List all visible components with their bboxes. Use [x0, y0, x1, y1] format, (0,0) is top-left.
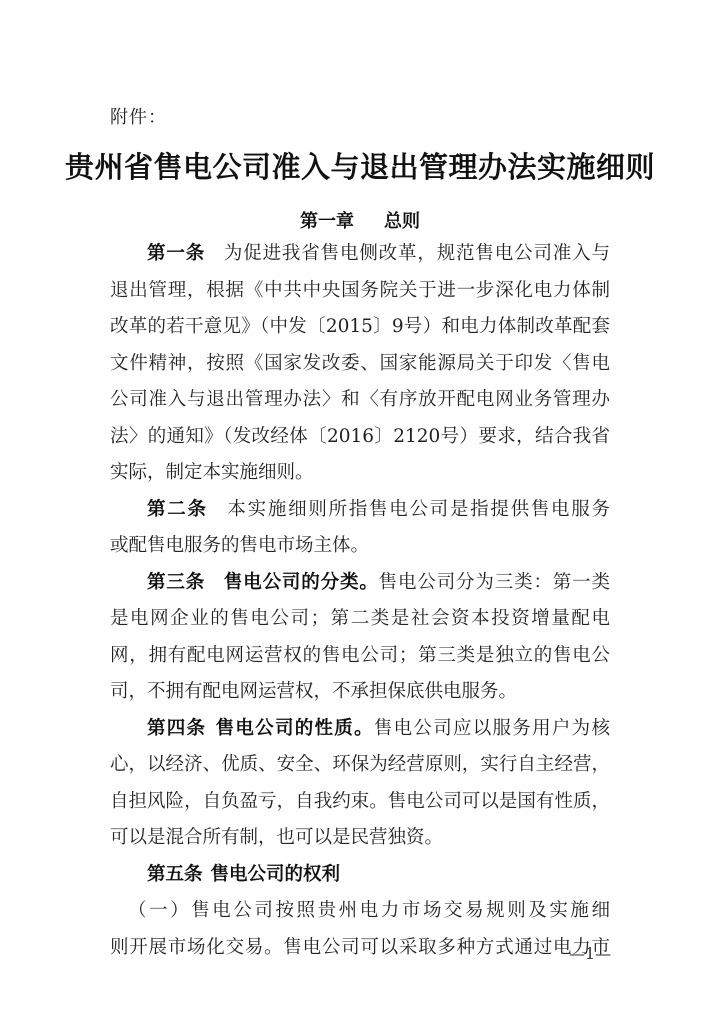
article-line: 第四条售电公司的性质。售电公司应以服务用户为核 — [110, 711, 610, 748]
article-text: 本实施细则所指售电公司是指提供售电服务 — [226, 499, 610, 520]
article-line: 公司准入与退出管理办法〉和〈有序放开配电网业务管理办 — [110, 382, 610, 419]
chapter-number: 第一章 — [300, 211, 354, 232]
article-line: 实际，制定本实施细则。 — [110, 455, 610, 492]
document-page: 附件： 贵州省售电公司准入与退出管理办法实施细则 第一章总则 第一条为促进我省售… — [0, 0, 720, 1018]
article-line: 网，拥有配电网运营权的售电公司；第三类是独立的售电公 — [110, 638, 610, 675]
document-title: 贵州省售电公司准入与退出管理办法实施细则 — [0, 145, 720, 186]
clause-line: 则开展市场化交易。售电公司可以采取多种方式通过电力市 — [110, 930, 610, 967]
article-line: 退出管理，根据《中共中央国务院关于进一步深化电力体制 — [110, 273, 610, 310]
article-line: 法〉的通知》（发改经体〔2016〕2120号）要求，结合我省 — [110, 419, 610, 456]
article-line: 可以是混合所有制，也可以是民营独资。 — [110, 820, 610, 857]
chapter-heading: 第一章总则 — [0, 207, 720, 233]
article-label: 第三条 — [147, 572, 205, 593]
article-label: 第一条 — [147, 243, 205, 264]
article-label: 第四条 — [147, 718, 206, 739]
article-text: 售电公司应以服务用户为核 — [374, 718, 610, 739]
article-4: 第四条售电公司的性质。售电公司应以服务用户为核 心，以经济、优质、安全、环保为经… — [110, 711, 610, 857]
article-label: 第五条 — [147, 864, 203, 885]
article-2: 第二条本实施细则所指售电公司是指提供售电服务 或配售电服务的售电市场主体。 — [110, 492, 610, 565]
article-line: 司，不拥有配电网运营权，不承担保底供电服务。 — [110, 674, 610, 711]
article-line: 第五条售电公司的权利 — [110, 857, 610, 894]
article-line: 第二条本实施细则所指售电公司是指提供售电服务 — [110, 492, 610, 529]
article-label: 第二条 — [147, 499, 208, 520]
article-heading: 售电公司的权利 — [211, 864, 341, 885]
article-heading: 售电公司的分类。 — [223, 572, 379, 593]
article-heading: 售电公司的性质。 — [214, 718, 374, 739]
article-line: 是电网企业的售电公司；第二类是社会资本投资增量配电 — [110, 601, 610, 638]
article-text: 为促进我省售电侧改革，规范售电公司准入与 — [223, 243, 610, 264]
clause-line: （一）售电公司按照贵州电力市场交易规则及实施细 — [110, 893, 610, 930]
article-line: 文件精神，按照《国家发改委、国家能源局关于印发〈售电 — [110, 346, 610, 383]
article-line: 自担风险，自负盈亏，自我约束。售电公司可以是国有性质， — [110, 784, 610, 821]
article-line: 第三条售电公司的分类。售电公司分为三类：第一类 — [110, 565, 610, 602]
page-number: —1— — [569, 944, 611, 963]
article-5: 第五条售电公司的权利 （一）售电公司按照贵州电力市场交易规则及实施细 则开展市场… — [110, 857, 610, 967]
article-line: 心，以经济、优质、安全、环保为经营原则，实行自主经营， — [110, 747, 610, 784]
article-3: 第三条售电公司的分类。售电公司分为三类：第一类 是电网企业的售电公司；第二类是社… — [110, 565, 610, 711]
article-line: 改革的若干意见》（中发〔2015〕9号）和电力体制改革配套 — [110, 309, 610, 346]
attachment-label: 附件： — [110, 103, 167, 129]
article-line: 或配售电服务的售电市场主体。 — [110, 528, 610, 565]
article-line: 第一条为促进我省售电侧改革，规范售电公司准入与 — [110, 236, 610, 273]
chapter-name: 总则 — [384, 211, 420, 232]
document-body: 第一条为促进我省售电侧改革，规范售电公司准入与 退出管理，根据《中共中央国务院关… — [110, 236, 610, 966]
article-text: 售电公司分为三类：第一类 — [379, 572, 610, 593]
article-1: 第一条为促进我省售电侧改革，规范售电公司准入与 退出管理，根据《中共中央国务院关… — [110, 236, 610, 492]
